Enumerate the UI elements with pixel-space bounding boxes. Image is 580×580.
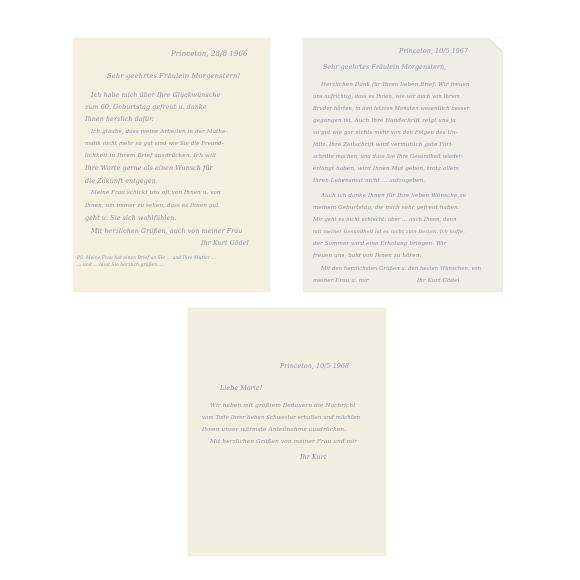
letter-line: uns aufrichtig, dass es Ihnen, wie wir a… bbox=[313, 94, 460, 100]
letter-postscript: ... und ... lässt Sie herzlich grüßen ..… bbox=[77, 263, 163, 268]
letter-1-1966: Princeton, 28/8 1966 Sehr geehrtes Fräul… bbox=[73, 38, 270, 292]
letter-line: die Zukunft entgegen. bbox=[85, 178, 158, 185]
letter-line: matik nicht mehr so gut sind wie Sie die… bbox=[85, 141, 224, 147]
letter-date: Princeton, 10/5 1968 bbox=[280, 363, 349, 370]
letter-line: Auch ich danke Ihnen für Ihre lieben Wün… bbox=[321, 193, 466, 199]
letter-line: Mit herzlichen Grüßen von meiner Frau un… bbox=[210, 439, 357, 445]
letter-date: Princeton, 10/5 1967 bbox=[399, 48, 468, 55]
letter-line: Mir geht es nicht schlecht, aber ... auc… bbox=[313, 217, 457, 223]
letter-salutation: Sehr geehrtes Fräulein Morgenstern, bbox=[323, 64, 446, 71]
letter-line: meinem Geburtstag, die mich sehr gefreut… bbox=[313, 205, 460, 211]
letter-line: gegangen ist. Auch Ihre Handschrift zeig… bbox=[313, 118, 456, 124]
letter-2-1967: Princeton, 10/5 1967 Sehr geehrtes Fräul… bbox=[303, 38, 503, 292]
letter-postscript: PS. Meine Frau hat einen Brief an Sie ..… bbox=[77, 256, 216, 261]
letter-signature: Ihr Kurt bbox=[300, 454, 327, 461]
letter-line: Ihnen unser wärmste Anteilnahme ausdrück… bbox=[202, 427, 346, 433]
letter-signature: Ihr Kurt Gödel bbox=[417, 278, 460, 284]
letter-line: Ihnen herzlich dafür. bbox=[85, 116, 154, 123]
letter-line: der Sommer wird eine Erholung bringen. W… bbox=[313, 241, 446, 247]
letter-line: Ich habe mich über Ihre Glückwünsche bbox=[91, 92, 220, 99]
letter-line: schritte machen, und dass Sie Ihre Gesun… bbox=[313, 154, 463, 160]
letter-3-1968: Princeton, 10/5 1968 Liebe Marie! Wir ha… bbox=[188, 308, 386, 556]
letter-line: so gut wie gar nichts mehr von den Folge… bbox=[313, 130, 458, 136]
letter-line: meiner Frau u. mir bbox=[313, 278, 369, 284]
letter-line: Wir haben mit größtem Bedauern die Nachr… bbox=[210, 403, 356, 409]
letter-salutation: Sehr geehrtes Fräulein Morgenstern! bbox=[107, 72, 240, 80]
letter-line: vom Tode Ihrer lieben Schwester erhalten… bbox=[202, 415, 360, 421]
letter-line: falls. Ihre Zeitschrift wird vermutlich … bbox=[313, 142, 454, 148]
letter-line: Ihren Lebensmut nicht ... aufzugeben. bbox=[313, 178, 425, 184]
letter-line: Herzlichen Dank für Ihren lieben Brief. … bbox=[321, 82, 470, 88]
letter-line: Ihre Worte gerne als einen Wunsch für bbox=[85, 165, 213, 172]
letter-signature: Ihr Kurt Gödel bbox=[201, 240, 249, 247]
letter-line: mit meiner Gesundheit ist es nicht zum B… bbox=[313, 229, 465, 235]
letter-line: Meine Frau schickt uns oft von Ihnen u. … bbox=[91, 190, 221, 196]
letter-line: geht u. Sie sich wohlfühlen. bbox=[85, 215, 177, 222]
letter-line: Ihnen, um immer zu sehen, dass es Ihnen … bbox=[85, 203, 219, 209]
letter-line: freuen uns, bald von Ihnen zu hören. bbox=[313, 253, 421, 259]
letter-line: zum 60. Geburtstag gefreut u. danke bbox=[85, 104, 207, 111]
letter-salutation: Liebe Marie! bbox=[220, 385, 262, 392]
letter-line: Mit herzlichen Grüßen, auch von meiner F… bbox=[91, 228, 242, 235]
letter-line: lichkeit in Ihrem Brief ausdrücken. Ich … bbox=[85, 153, 216, 159]
letter-date: Princeton, 28/8 1966 bbox=[171, 50, 248, 58]
letter-line: erlangt haben, wird Ihnen Mut geben, tro… bbox=[313, 166, 459, 172]
letter-line: Mit den herzlichsten Grüßen u. den beste… bbox=[321, 266, 481, 272]
letter-line: Ich glaube, dass meine Arbeiten in der M… bbox=[91, 129, 227, 135]
letter-line: Bruder hörten, in den letzten Monaten we… bbox=[313, 106, 469, 112]
